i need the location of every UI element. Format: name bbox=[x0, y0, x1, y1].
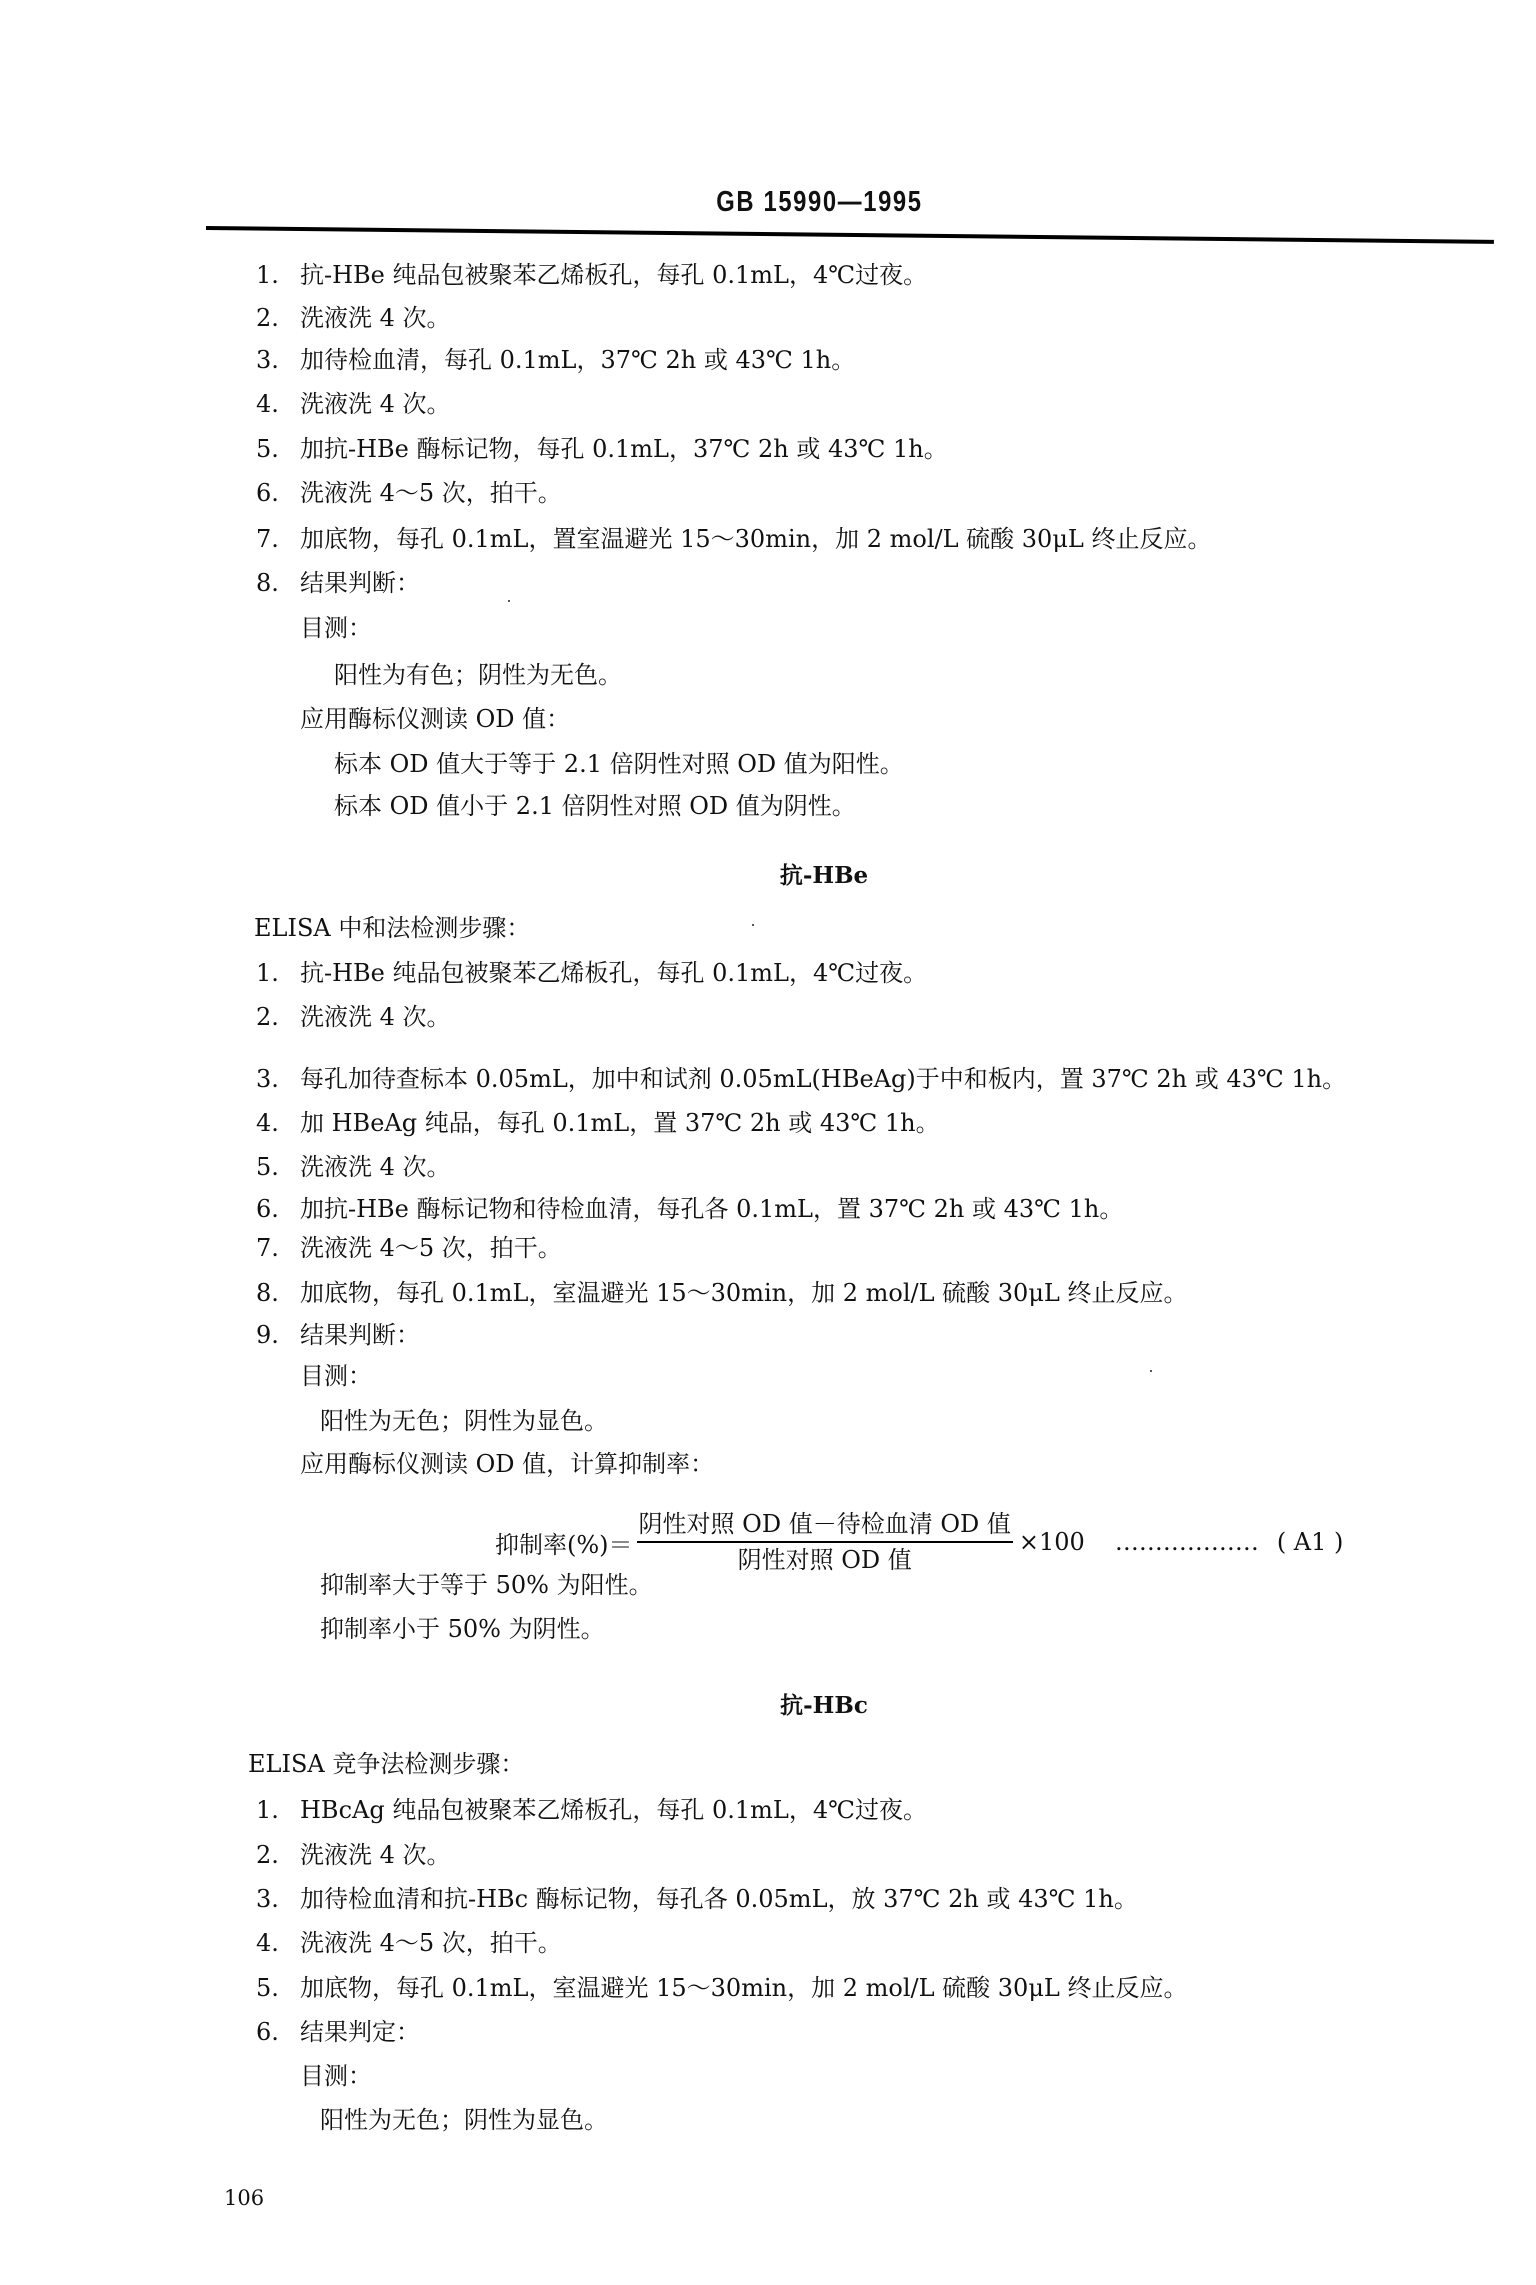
visual-label: 目测： bbox=[300, 2061, 372, 2091]
reader-label: 应用酶标仪测读 OD 值： bbox=[300, 704, 570, 734]
list-item: 5.洗液洗 4 次。 bbox=[256, 1152, 451, 1182]
reader-label: 应用酶标仪测读 OD 值，计算抑制率： bbox=[300, 1449, 714, 1479]
list-item: 1.HBcAg 纯品包被聚苯乙烯板孔，每孔 0.1mL，4℃过夜。 bbox=[256, 1795, 927, 1825]
list-item: 9.结果判断： bbox=[256, 1320, 420, 1350]
visual-label: 目测： bbox=[300, 613, 372, 643]
scan-speck bbox=[508, 600, 510, 602]
formula-denominator: 阴性对照 OD 值 bbox=[738, 1543, 912, 1575]
list-item: 4.洗液洗 4～5 次，拍干。 bbox=[256, 1928, 562, 1958]
scan-speck bbox=[792, 1568, 794, 1570]
list-item: 2.洗液洗 4 次。 bbox=[256, 303, 451, 333]
list-item: 7.加底物，每孔 0.1mL，置室温避光 15～30min，加 2 mol/L … bbox=[256, 524, 1211, 554]
method-title: ELISA 中和法检测步骤： bbox=[254, 913, 530, 943]
list-item: 3.加待检血清，每孔 0.1mL，37℃ 2h 或 43℃ 1h。 bbox=[256, 345, 855, 375]
equation-number: ( A1 ) bbox=[1277, 1528, 1344, 1556]
dot-leader: ……………… bbox=[1115, 1528, 1259, 1556]
reader-rule: 抑制率大于等于 50% 为阳性。 bbox=[320, 1570, 653, 1600]
list-item: 5.加底物，每孔 0.1mL，室温避光 15～30min，加 2 mol/L 硫… bbox=[256, 1973, 1187, 2003]
list-item: 4.加 HBeAg 纯品，每孔 0.1mL，置 37℃ 2h 或 43℃ 1h。 bbox=[256, 1108, 940, 1138]
reader-rule: 标本 OD 值大于等于 2.1 倍阴性对照 OD 值为阳性。 bbox=[334, 749, 904, 779]
list-item: 2.洗液洗 4 次。 bbox=[256, 1002, 451, 1032]
list-item: 8.加底物，每孔 0.1mL，室温避光 15～30min，加 2 mol/L 硫… bbox=[256, 1278, 1187, 1308]
section-heading-anti-hbc: 抗-HBc bbox=[0, 1691, 1536, 1721]
visual-result: 阳性为有色；阴性为无色。 bbox=[334, 660, 622, 690]
list-item: 3.每孔加待查标本 0.05mL，加中和试剂 0.05mL(HBeAg)于中和板… bbox=[256, 1064, 1346, 1094]
standard-code: GB 15990—1995 bbox=[716, 186, 922, 219]
list-item: 4.洗液洗 4 次。 bbox=[256, 389, 451, 419]
section-heading-anti-hbe: 抗-HBe bbox=[0, 861, 1536, 891]
visual-label: 目测： bbox=[300, 1361, 372, 1391]
page-number: 106 bbox=[224, 2186, 264, 2210]
reader-rule: 标本 OD 值小于 2.1 倍阴性对照 OD 值为阴性。 bbox=[334, 791, 856, 821]
formula-lhs: 抑制率(%)＝ bbox=[495, 1525, 633, 1560]
formula-fraction: 阴性对照 OD 值－待检血清 OD 值 阴性对照 OD 值 bbox=[637, 1509, 1013, 1575]
scan-speck bbox=[1150, 1370, 1152, 1372]
list-item: 3.加待检血清和抗-HBc 酶标记物，每孔各 0.05mL，放 37℃ 2h 或… bbox=[256, 1884, 1138, 1914]
standard-code-header: GB 15990—1995 bbox=[132, 186, 1392, 219]
list-item: 1.抗-HBe 纯品包被聚苯乙烯板孔，每孔 0.1mL，4℃过夜。 bbox=[256, 260, 927, 290]
list-item: 8.结果判断： bbox=[256, 568, 420, 598]
scan-speck bbox=[752, 924, 754, 926]
formula-multiplier: ×100 bbox=[1019, 1528, 1085, 1556]
list-item: 1.抗-HBe 纯品包被聚苯乙烯板孔，每孔 0.1mL，4℃过夜。 bbox=[256, 958, 927, 988]
list-item: 5.加抗-HBe 酶标记物，每孔 0.1mL，37℃ 2h 或 43℃ 1h。 bbox=[256, 434, 948, 464]
list-item: 7.洗液洗 4～5 次，拍干。 bbox=[256, 1233, 562, 1263]
list-item: 6.加抗-HBe 酶标记物和待检血清，每孔各 0.1mL，置 37℃ 2h 或 … bbox=[256, 1194, 1123, 1224]
visual-result: 阳性为无色；阴性为显色。 bbox=[320, 2105, 608, 2135]
list-item: 6.洗液洗 4～5 次，拍干。 bbox=[256, 478, 562, 508]
reader-rule: 抑制率小于 50% 为阴性。 bbox=[320, 1614, 605, 1644]
method-title: ELISA 竞争法检测步骤： bbox=[248, 1749, 524, 1779]
header-rule bbox=[206, 226, 1494, 244]
list-item: 6.结果判定： bbox=[256, 2017, 420, 2047]
visual-result: 阳性为无色；阴性为显色。 bbox=[320, 1406, 608, 1436]
formula-numerator: 阴性对照 OD 值－待检血清 OD 值 bbox=[637, 1509, 1013, 1543]
list-item: 2.洗液洗 4 次。 bbox=[256, 1840, 451, 1870]
